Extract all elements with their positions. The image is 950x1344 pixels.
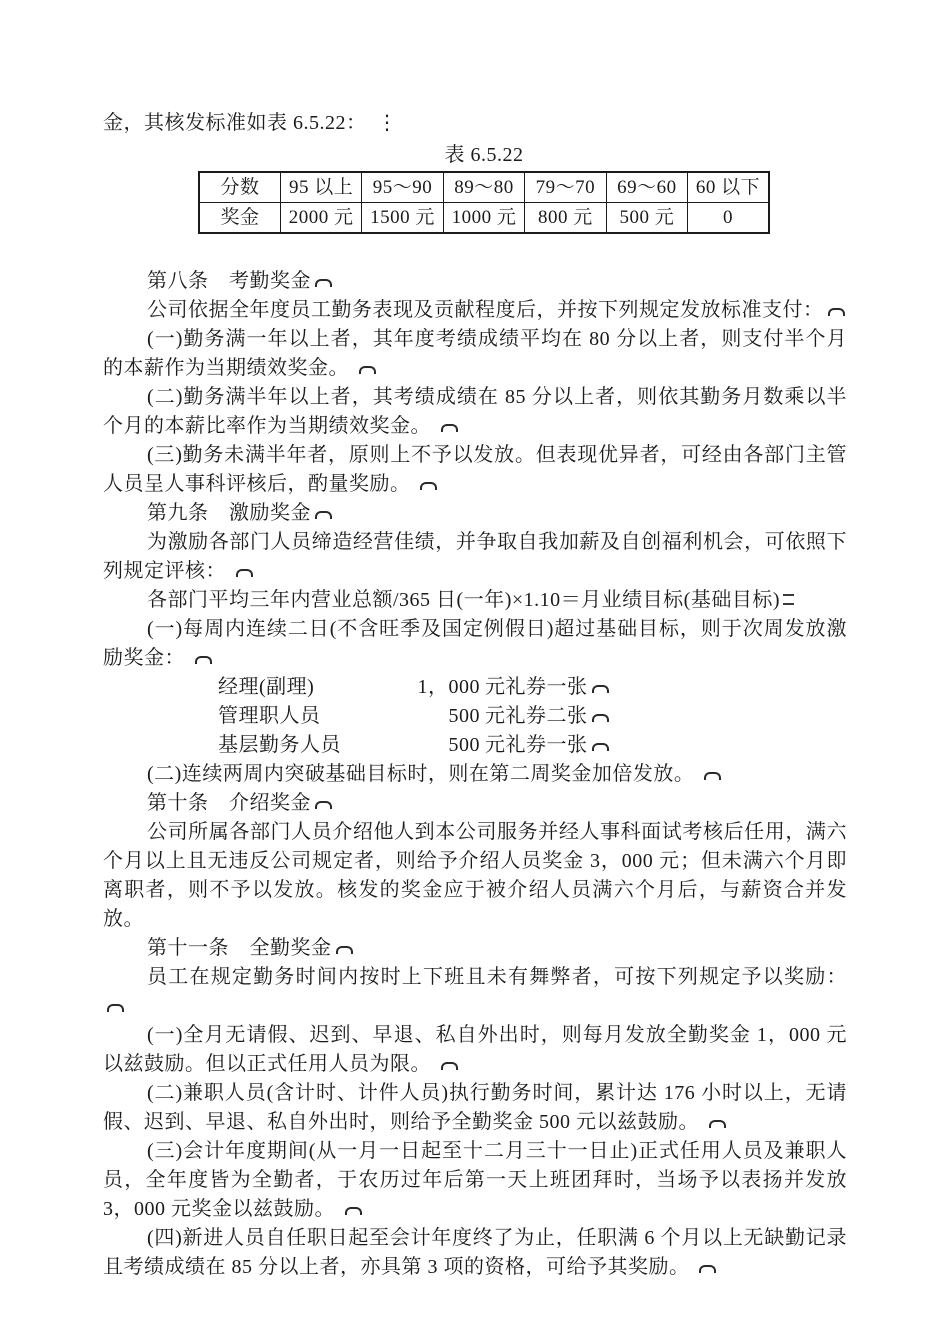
document-page: 金，其核发标准如表 6.5.22： ⋮ 表 6.5.22 分数 95 以上 95… <box>0 0 950 1344</box>
paragraph-mark-icon <box>592 714 609 722</box>
paragraph-article11-title: 第十一条 全勤奖金 <box>103 934 847 963</box>
bonus-role: 管理职人员 <box>218 702 408 731</box>
paragraph-mark-icon <box>315 279 332 287</box>
paragraph-mark-icon <box>699 1265 716 1273</box>
paragraph: 为激励各部门人员缔造经营佳绩，并争取自我加薪及自创福利机会，可依照下列规定评核： <box>103 528 847 586</box>
line-break-mark-icon <box>783 594 794 605</box>
table-cell: 95～90 <box>362 172 443 203</box>
paragraph-mark-icon <box>441 1062 458 1070</box>
paragraph: 公司依据全年度员工勤务表现及贡献程度后，并按下列规定发放标准支付： <box>103 296 847 325</box>
table-cell: 500 元 <box>606 203 687 234</box>
table-cell: 奖金 <box>199 203 280 234</box>
paragraph: (四)新进人员自任职日起至会计年度终了为止，任职满 6 个月以上无缺勤记录且考绩… <box>103 1224 847 1282</box>
paragraph-mark-icon <box>704 772 721 780</box>
table-cell: 89～80 <box>443 172 524 203</box>
paragraph: (一)每周内连续二日(不含旺季及国定例假日)超过基础目标，则于次周发放激励奖金： <box>103 615 847 673</box>
bonus-amount: 500 <box>408 731 480 760</box>
paragraph: (一)全月无请假、迟到、早退、私自外出时，则每月发放全勤奖金 1，000 元以兹… <box>103 1021 847 1079</box>
paragraph: (一)勤务满一年以上者，其年度考绩成绩平均在 80 分以上者，则支付半个月的本薪… <box>103 325 847 383</box>
paragraph: (二)连续两周内突破基础目标时，则在第二周奖金加倍发放。 <box>103 760 847 789</box>
bonus-desc: 元礼券一张 <box>485 734 609 756</box>
paragraph: (二)兼职人员(含计时、计件人员)执行勤务时间，累计达 176 小时以上，无请假… <box>103 1079 847 1137</box>
paragraph: (二)勤务满半年以上者，其考绩成绩在 85 分以上者，则依其勤务月数乘以半个月的… <box>103 383 847 441</box>
paragraph: (三)勤务未满半年者，原则上不予以发放。但表现优异者，可经由各部门主管人员呈人事… <box>103 441 847 499</box>
table-caption: 表 6.5.22 <box>198 142 770 168</box>
table-row-bonus: 奖金 2000 元 1500 元 1000 元 800 元 500 元 0 <box>199 203 769 234</box>
table-section: 表 6.5.22 分数 95 以上 95～90 89～80 79～70 69～6… <box>198 142 770 234</box>
paragraph-mark-icon <box>359 366 376 374</box>
table-cell: 800 元 <box>525 203 606 234</box>
paragraph-mark-icon <box>236 569 253 577</box>
bonus-amount: 1，000 <box>408 673 480 702</box>
paragraph: 员工在规定勤务时间内按时上下班且未有舞弊者，可按下列规定予以奖励： <box>103 963 847 1021</box>
paragraph-mark-icon <box>315 511 332 519</box>
vertical-dots-mark-icon: ⋮ <box>377 110 397 134</box>
paragraph: 公司所属各部门人员介绍他人到本公司服务并经人事科面试考核后任用，满六个月以上且无… <box>103 818 847 934</box>
table-cell: 2000 元 <box>280 203 361 234</box>
paragraph-mark-icon <box>441 424 458 432</box>
paragraph-mark-icon <box>592 743 609 751</box>
paragraph-mark-icon <box>592 685 609 693</box>
score-bonus-table: 分数 95 以上 95～90 89～80 79～70 69～60 60 以下 奖… <box>198 171 770 234</box>
bonus-row: 管理职人员500元礼券二张 <box>103 702 847 731</box>
paragraph-mark-icon <box>336 946 353 954</box>
table-row-scores: 分数 95 以上 95～90 89～80 79～70 69～60 60 以下 <box>199 172 769 203</box>
table-cell: 79～70 <box>525 172 606 203</box>
paragraph-mark-icon <box>315 801 332 809</box>
bonus-desc: 元礼券一张 <box>485 676 609 698</box>
paragraph-formula: 各部门平均三年内营业总额/365 日(一年)×1.10＝月业绩目标(基础目标) <box>103 586 847 615</box>
paragraph-mark-icon <box>345 1207 362 1215</box>
paragraph-article8-title: 第八条 考勤奖金 <box>103 267 847 296</box>
bonus-amount: 500 <box>408 702 480 731</box>
table-cell: 1000 元 <box>443 203 524 234</box>
intro-line: 金，其核发标准如表 6.5.22： ⋮ <box>103 108 847 138</box>
table-cell: 95 以上 <box>280 172 361 203</box>
paragraph-mark-icon <box>709 1120 726 1128</box>
paragraph-article9-title: 第九条 激励奖金 <box>103 499 847 528</box>
paragraph-mark-icon <box>107 1004 124 1012</box>
bonus-role: 经理(副理) <box>218 673 408 702</box>
paragraph-mark-icon <box>420 482 437 490</box>
paragraph: (三)会计年度期间(从一月一日起至十二月三十一日止)正式任用人员及兼职人员，全年… <box>103 1137 847 1224</box>
bonus-row: 经理(副理)1，000元礼券一张 <box>103 673 847 702</box>
bonus-desc: 元礼券二张 <box>485 705 609 727</box>
table-cell: 69～60 <box>606 172 687 203</box>
paragraph-article10-title: 第十条 介绍奖金 <box>103 789 847 818</box>
table-cell: 60 以下 <box>688 172 769 203</box>
bonus-row: 基层勤务人员500元礼券一张 <box>103 731 847 760</box>
table-cell: 分数 <box>199 172 280 203</box>
paragraph-mark-icon <box>828 308 845 316</box>
table-cell: 0 <box>688 203 769 234</box>
paragraph-mark-icon <box>195 656 212 664</box>
table-cell: 1500 元 <box>362 203 443 234</box>
body-text: 第八条 考勤奖金 公司依据全年度员工勤务表现及贡献程度后，并按下列规定发放标准支… <box>103 267 847 1282</box>
bonus-role: 基层勤务人员 <box>218 731 408 760</box>
